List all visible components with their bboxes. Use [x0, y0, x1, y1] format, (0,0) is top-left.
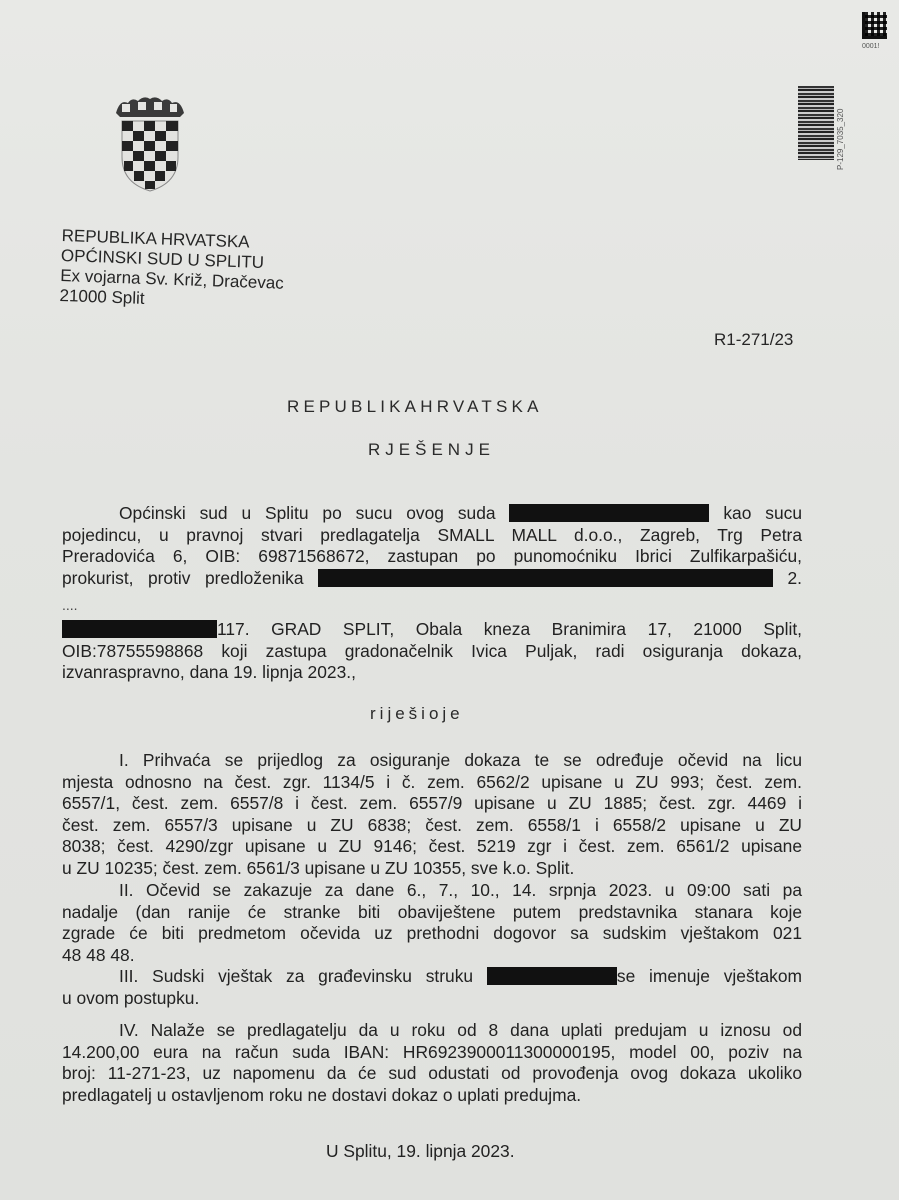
section-line: u ovom postupku.: [62, 988, 802, 1010]
section-line: 8038; čest. 4290/zgr upisane u ZU 9146; …: [62, 836, 802, 858]
redaction-judge-name: [509, 504, 709, 522]
ruling-heading: riješioje: [370, 704, 464, 724]
redaction-expert-name: [487, 967, 617, 985]
intro-line: Općinski sud u Splitu po sucu ovog suda …: [62, 503, 802, 525]
croatian-coat-of-arms-icon: [110, 95, 190, 195]
section-line: 14.200,00 eura na račun suda IBAN: HR692…: [62, 1042, 802, 1064]
datamatrix-label: 0001!: [862, 43, 880, 50]
section-line: mjesta odnosno na čest. zgr. 1134/5 i č.…: [62, 772, 802, 794]
section-line: 48 48 48.: [62, 945, 802, 967]
section-line: u ZU 10235; čest. zem. 6561/3 upisane u …: [62, 858, 802, 880]
section-II: II. Očevid se zakazuje za dane 6., 7., 1…: [62, 880, 802, 966]
section-III: III. Sudski vještak za građevinsku struk…: [62, 966, 802, 1009]
intro-line: 117. GRAD SPLIT, Obala kneza Branimira 1…: [62, 619, 802, 641]
section-line: I. Prihvaća se prijedlog za osiguranje d…: [62, 750, 802, 772]
section-I: I. Prihvaća se prijedlog za osiguranje d…: [62, 750, 802, 879]
intro-line: Preradovića 6, OIB: 69871568672, zastupa…: [62, 546, 802, 568]
section-line: III. Sudski vještak za građevinsku struk…: [62, 966, 802, 988]
ellipsis-marker: ....: [62, 597, 78, 613]
intro-line: prokurist, protiv predloženika 2.: [62, 568, 802, 590]
place-and-date: U Splitu, 19. lipnja 2023.: [326, 1141, 515, 1162]
intro-paragraph-continued: 117. GRAD SPLIT, Obala kneza Branimira 1…: [62, 619, 802, 684]
section-line: zgrade će biti predmetom očevida uz pret…: [62, 923, 802, 945]
case-number: R1-271/23: [714, 330, 793, 350]
section-line: predlagatelj u ostavljenom roku ne dosta…: [62, 1085, 802, 1107]
document-title: RJEŠENJE: [368, 440, 495, 460]
document-page: 0001! P-129_7035_320 REPUBLIKA HRVATSKA …: [0, 0, 899, 1200]
intro-line: pojedincu, u pravnoj stvari predlagatelj…: [62, 525, 802, 547]
section-line: 6557/1, čest. zem. 6557/8 i čest. zem. 6…: [62, 793, 802, 815]
datamatrix-code-icon: [862, 12, 887, 39]
intro-line: izvanraspravno, dana 19. lipnja 2023.,: [62, 662, 802, 684]
section-line: IV. Nalaže se predlagatelju da u roku od…: [62, 1020, 802, 1042]
section-line: broj: 11-271-23, uz napomenu da će sud o…: [62, 1063, 802, 1085]
republic-heading: REPUBLIKAHRVATSKA: [287, 397, 543, 417]
section-line: nadalje (dan ranije će stranke biti obav…: [62, 902, 802, 924]
redaction-respondents: [318, 569, 773, 587]
section-line: II. Očevid se zakazuje za dane 6., 7., 1…: [62, 880, 802, 902]
redaction-respondent: [62, 620, 217, 638]
barcode-label: P-129_7035_320: [836, 109, 845, 170]
section-line: čest. zem. 6557/3 upisane u ZU 6838; čes…: [62, 815, 802, 837]
court-header: REPUBLIKA HRVATSKA OPĆINSKI SUD U SPLITU…: [59, 226, 285, 314]
intro-paragraph: Općinski sud u Splitu po sucu ovog suda …: [62, 503, 802, 589]
section-IV: IV. Nalaže se predlagatelju da u roku od…: [62, 1020, 802, 1106]
barcode-icon: [798, 86, 834, 160]
intro-line: OIB:78755598868 koji zastupa gradonačeln…: [62, 641, 802, 663]
